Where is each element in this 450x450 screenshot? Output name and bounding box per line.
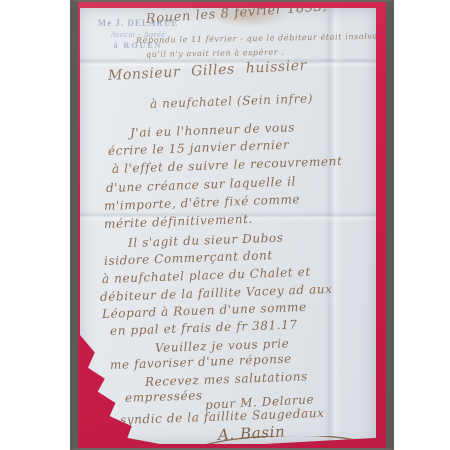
auction-photo: Me J. DELARUE Avocat - Agréé à ROUEN Rou… (70, 0, 394, 450)
handwriting-line: à l'effet de suivre le recouvrement (112, 154, 343, 176)
handwriting-line: isidore Commerçant dont (104, 248, 273, 268)
handwriting-line: empressées (125, 388, 203, 405)
page: { "photo": { "mat_color": "#cd1e4a", "ed… (0, 0, 450, 450)
handwriting-line: syndic de la faillite Saugedaux (120, 406, 325, 427)
handwriting-line: J'ai eu l'honneur de vous (130, 120, 295, 140)
letter-paper: Me J. DELARUE Avocat - Agréé à ROUEN Rou… (80, 8, 376, 444)
handwriting-line: Recevez mes salutations (145, 369, 308, 389)
handwriting-line: A. Basin (218, 422, 286, 443)
handwriting-line: m'importe, d'être fixé comme (104, 192, 301, 213)
handwriting-line: Il s'agit du sieur Dubos (128, 231, 284, 250)
handwriting-line: Monsieur Gilles huissier (108, 58, 308, 84)
handwriting-line: en ppal et frais de fr 381.17 (110, 317, 298, 338)
handwriting-line: me favoriser d'une réponse (110, 352, 292, 372)
handwriting-line: à neufchatel (Sein infre) (150, 91, 313, 111)
handwriting-line: mérite définitivement. (104, 212, 253, 231)
handwriting-line: Rouen les 8 février 1853, (145, 0, 327, 27)
handwriting-line: d'une créance sur laquelle il (106, 174, 296, 195)
handwriting-line: écrire le 15 janvier dernier (108, 138, 290, 158)
handwriting-line: qu'il n'y avait rien à espérer . (146, 48, 285, 59)
